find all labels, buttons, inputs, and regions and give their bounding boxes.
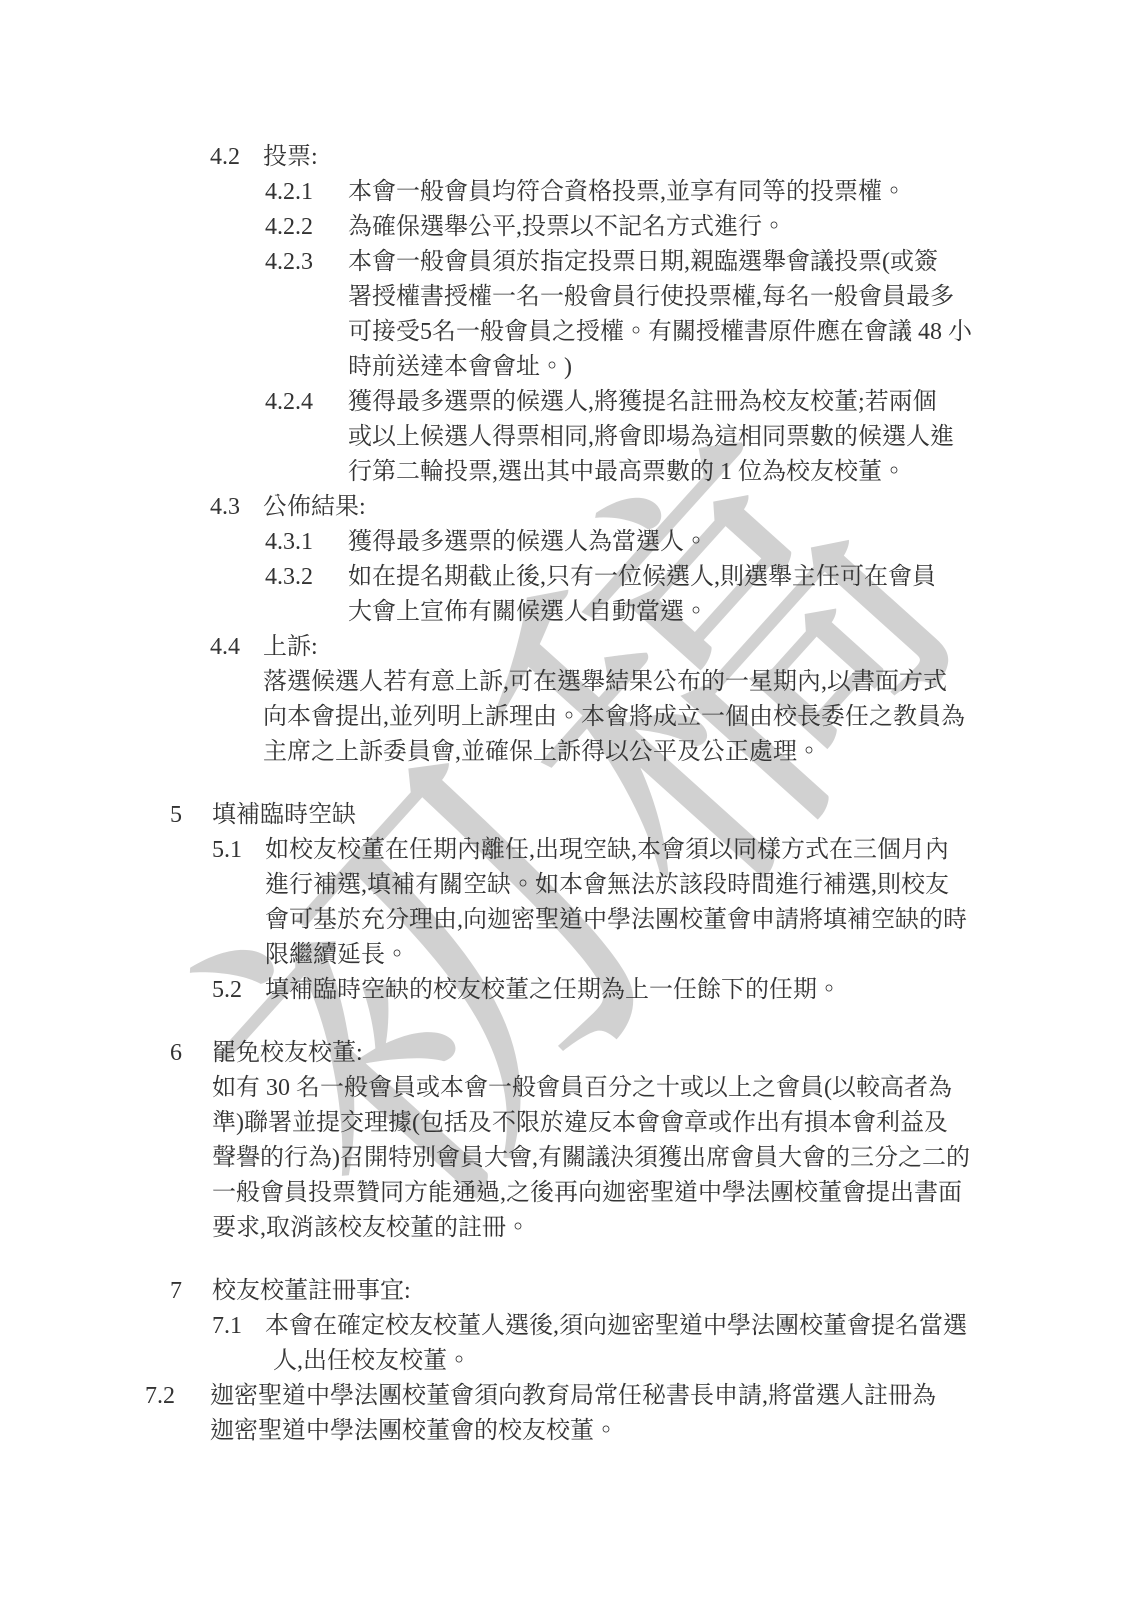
clause-number: 5.2 bbox=[212, 973, 242, 1008]
clause-number: 7.2 bbox=[145, 1379, 175, 1414]
clause-text: 一般會員投票贊同方能通過,之後再向迦密聖道中學法團校董會提出書面 bbox=[212, 1176, 962, 1211]
clause-text: 大會上宣佈有關候選人自動當選。 bbox=[348, 595, 708, 630]
doc-line: 5.1如校友校董在任期內離任,出現空缺,本會須以同樣方式在三個月內 bbox=[0, 833, 1131, 868]
clause-text: 主席之上訴委員會,並確保上訴得以公平及公正處理。 bbox=[263, 735, 821, 770]
doc-line: 進行補選,填補有關空缺。如本會無法於該段時間進行補選,則校友 bbox=[0, 868, 1131, 903]
doc-line: 4.3.1獲得最多選票的候選人為當選人。 bbox=[0, 525, 1131, 560]
clause-text: 向本會提出,並列明上訴理由。本會將成立一個由校長委任之教員為 bbox=[263, 700, 965, 735]
document-body: 4.2投票:4.2.1本會一般會員均符合資格投票,並享有同等的投票權。4.2.2… bbox=[0, 140, 1131, 1449]
clause-number: 7.1 bbox=[212, 1309, 242, 1344]
doc-line: 7.1本會在確定校友校董人選後,須向迦密聖道中學法團校董會提名當選 bbox=[0, 1309, 1131, 1344]
clause-number: 4.4 bbox=[210, 630, 240, 665]
clause-text: 限繼續延長。 bbox=[265, 938, 409, 973]
doc-line: 4.3.2如在提名期截止後,只有一位候選人,則選舉主任可在會員 bbox=[0, 560, 1131, 595]
clause-text: 進行補選,填補有關空缺。如本會無法於該段時間進行補選,則校友 bbox=[265, 868, 949, 903]
doc-line: 主席之上訴委員會,並確保上訴得以公平及公正處理。 bbox=[0, 735, 1131, 770]
clause-text: 署授權書授權一名一般會員行使投票權,每名一般會員最多 bbox=[348, 280, 954, 315]
doc-line: 向本會提出,並列明上訴理由。本會將成立一個由校長委任之教員為 bbox=[0, 700, 1131, 735]
clause-number: 4.2.1 bbox=[265, 175, 313, 210]
clause-number: 5.1 bbox=[212, 833, 242, 868]
doc-line: 或以上候選人得票相同,將會即場為這相同票數的候選人進 bbox=[0, 420, 1131, 455]
clause-text: 本會一般會員均符合資格投票,並享有同等的投票權。 bbox=[348, 175, 906, 210]
clause-text: 人,出任校友校董。 bbox=[273, 1344, 471, 1379]
clause-number: 4.2.3 bbox=[265, 245, 313, 280]
doc-line: 迦密聖道中學法團校董會的校友校董。 bbox=[0, 1414, 1131, 1449]
doc-line: 大會上宣佈有關候選人自動當選。 bbox=[0, 595, 1131, 630]
clause-text: 獲得最多選票的候選人為當選人。 bbox=[348, 525, 708, 560]
doc-line: 5.2填補臨時空缺的校友校董之任期為上一任餘下的任期。 bbox=[0, 973, 1131, 1008]
clause-text: 罷免校友校董: bbox=[212, 1036, 363, 1071]
doc-line: 聲譽的行為)召開特別會員大會,有關議決須獲出席會員大會的三分之二的 bbox=[0, 1141, 1131, 1176]
clause-text: 本會在確定校友校董人選後,須向迦密聖道中學法團校董會提名當選 bbox=[265, 1309, 967, 1344]
section-gap bbox=[0, 770, 1131, 798]
doc-line: 4.4上訴: bbox=[0, 630, 1131, 665]
doc-line: 可接受5名一般會員之授權。有關授權書原件應在會議 48 小 bbox=[0, 315, 1131, 350]
section-gap bbox=[0, 1008, 1131, 1036]
doc-line: 要求,取消該校友校董的註冊。 bbox=[0, 1211, 1131, 1246]
doc-line: 人,出任校友校董。 bbox=[0, 1344, 1131, 1379]
doc-line: 時前送達本會會址。) bbox=[0, 350, 1131, 385]
doc-line: 準)聯署並提交理據(包括及不限於違反本會會章或作出有損本會利益及 bbox=[0, 1106, 1131, 1141]
doc-line: 如有 30 名一般會員或本會一般會員百分之十或以上之會員(以較高者為 bbox=[0, 1071, 1131, 1106]
document-page: 初稿 4.2投票:4.2.1本會一般會員均符合資格投票,並享有同等的投票權。4.… bbox=[0, 0, 1131, 1600]
doc-line: 6罷免校友校董: bbox=[0, 1036, 1131, 1071]
clause-text: 上訴: bbox=[263, 630, 318, 665]
doc-line: 行第二輪投票,選出其中最高票數的 1 位為校友校董。 bbox=[0, 455, 1131, 490]
clause-text: 準)聯署並提交理據(包括及不限於違反本會會章或作出有損本會利益及 bbox=[212, 1106, 948, 1141]
clause-text: 本會一般會員須於指定投票日期,親臨選舉會議投票(或簽 bbox=[348, 245, 938, 280]
clause-text: 填補臨時空缺的校友校董之任期為上一任餘下的任期。 bbox=[265, 973, 841, 1008]
clause-text: 如有 30 名一般會員或本會一般會員百分之十或以上之會員(以較高者為 bbox=[212, 1071, 952, 1106]
doc-line: 7校友校董註冊事宜: bbox=[0, 1274, 1131, 1309]
section-gap bbox=[0, 1246, 1131, 1274]
doc-line: 限繼續延長。 bbox=[0, 938, 1131, 973]
clause-text: 為確保選舉公平,投票以不記名方式進行。 bbox=[348, 210, 786, 245]
clause-text: 落選候選人若有意上訴,可在選舉結果公布的一星期內,以書面方式 bbox=[263, 665, 947, 700]
clause-text: 如在提名期截止後,只有一位候選人,則選舉主任可在會員 bbox=[348, 560, 936, 595]
doc-line: 署授權書授權一名一般會員行使投票權,每名一般會員最多 bbox=[0, 280, 1131, 315]
doc-line: 4.2.1本會一般會員均符合資格投票,並享有同等的投票權。 bbox=[0, 175, 1131, 210]
clause-text: 可接受5名一般會員之授權。有關授權書原件應在會議 48 小 bbox=[348, 315, 972, 350]
clause-text: 或以上候選人得票相同,將會即場為這相同票數的候選人進 bbox=[348, 420, 954, 455]
doc-line: 4.2.4獲得最多選票的候選人,將獲提名註冊為校友校董;若兩個 bbox=[0, 385, 1131, 420]
clause-text: 獲得最多選票的候選人,將獲提名註冊為校友校董;若兩個 bbox=[348, 385, 937, 420]
clause-text: 會可基於充分理由,向迦密聖道中學法團校董會申請將填補空缺的時 bbox=[265, 903, 967, 938]
clause-number: 4.2.2 bbox=[265, 210, 313, 245]
doc-line: 7.2迦密聖道中學法團校董會須向教育局常任秘書長申請,將當選人註冊為 bbox=[0, 1379, 1131, 1414]
clause-text: 填補臨時空缺 bbox=[212, 798, 356, 833]
clause-number: 6 bbox=[170, 1036, 182, 1071]
doc-line: 4.2.2為確保選舉公平,投票以不記名方式進行。 bbox=[0, 210, 1131, 245]
clause-number: 4.2.4 bbox=[265, 385, 313, 420]
clause-text: 如校友校董在任期內離任,出現空缺,本會須以同樣方式在三個月內 bbox=[265, 833, 949, 868]
clause-text: 校友校董註冊事宜: bbox=[212, 1274, 411, 1309]
clause-text: 投票: bbox=[263, 140, 318, 175]
doc-line: 4.3公佈結果: bbox=[0, 490, 1131, 525]
clause-number: 4.3.1 bbox=[265, 525, 313, 560]
clause-text: 公佈結果: bbox=[263, 490, 366, 525]
doc-line: 落選候選人若有意上訴,可在選舉結果公布的一星期內,以書面方式 bbox=[0, 665, 1131, 700]
clause-number: 4.3 bbox=[210, 490, 240, 525]
clause-text: 要求,取消該校友校董的註冊。 bbox=[212, 1211, 530, 1246]
clause-number: 4.3.2 bbox=[265, 560, 313, 595]
doc-line: 5填補臨時空缺 bbox=[0, 798, 1131, 833]
clause-number: 5 bbox=[170, 798, 182, 833]
clause-number: 7 bbox=[170, 1274, 182, 1309]
doc-line: 4.2.3本會一般會員須於指定投票日期,親臨選舉會議投票(或簽 bbox=[0, 245, 1131, 280]
clause-text: 時前送達本會會址。) bbox=[348, 350, 572, 385]
doc-line: 一般會員投票贊同方能通過,之後再向迦密聖道中學法團校董會提出書面 bbox=[0, 1176, 1131, 1211]
doc-line: 4.2投票: bbox=[0, 140, 1131, 175]
doc-line: 會可基於充分理由,向迦密聖道中學法團校董會申請將填補空缺的時 bbox=[0, 903, 1131, 938]
clause-number: 4.2 bbox=[210, 140, 240, 175]
clause-text: 迦密聖道中學法團校董會的校友校董。 bbox=[210, 1414, 618, 1449]
clause-text: 聲譽的行為)召開特別會員大會,有關議決須獲出席會員大會的三分之二的 bbox=[212, 1141, 970, 1176]
clause-text: 迦密聖道中學法團校董會須向教育局常任秘書長申請,將當選人註冊為 bbox=[210, 1379, 936, 1414]
clause-text: 行第二輪投票,選出其中最高票數的 1 位為校友校董。 bbox=[348, 455, 906, 490]
